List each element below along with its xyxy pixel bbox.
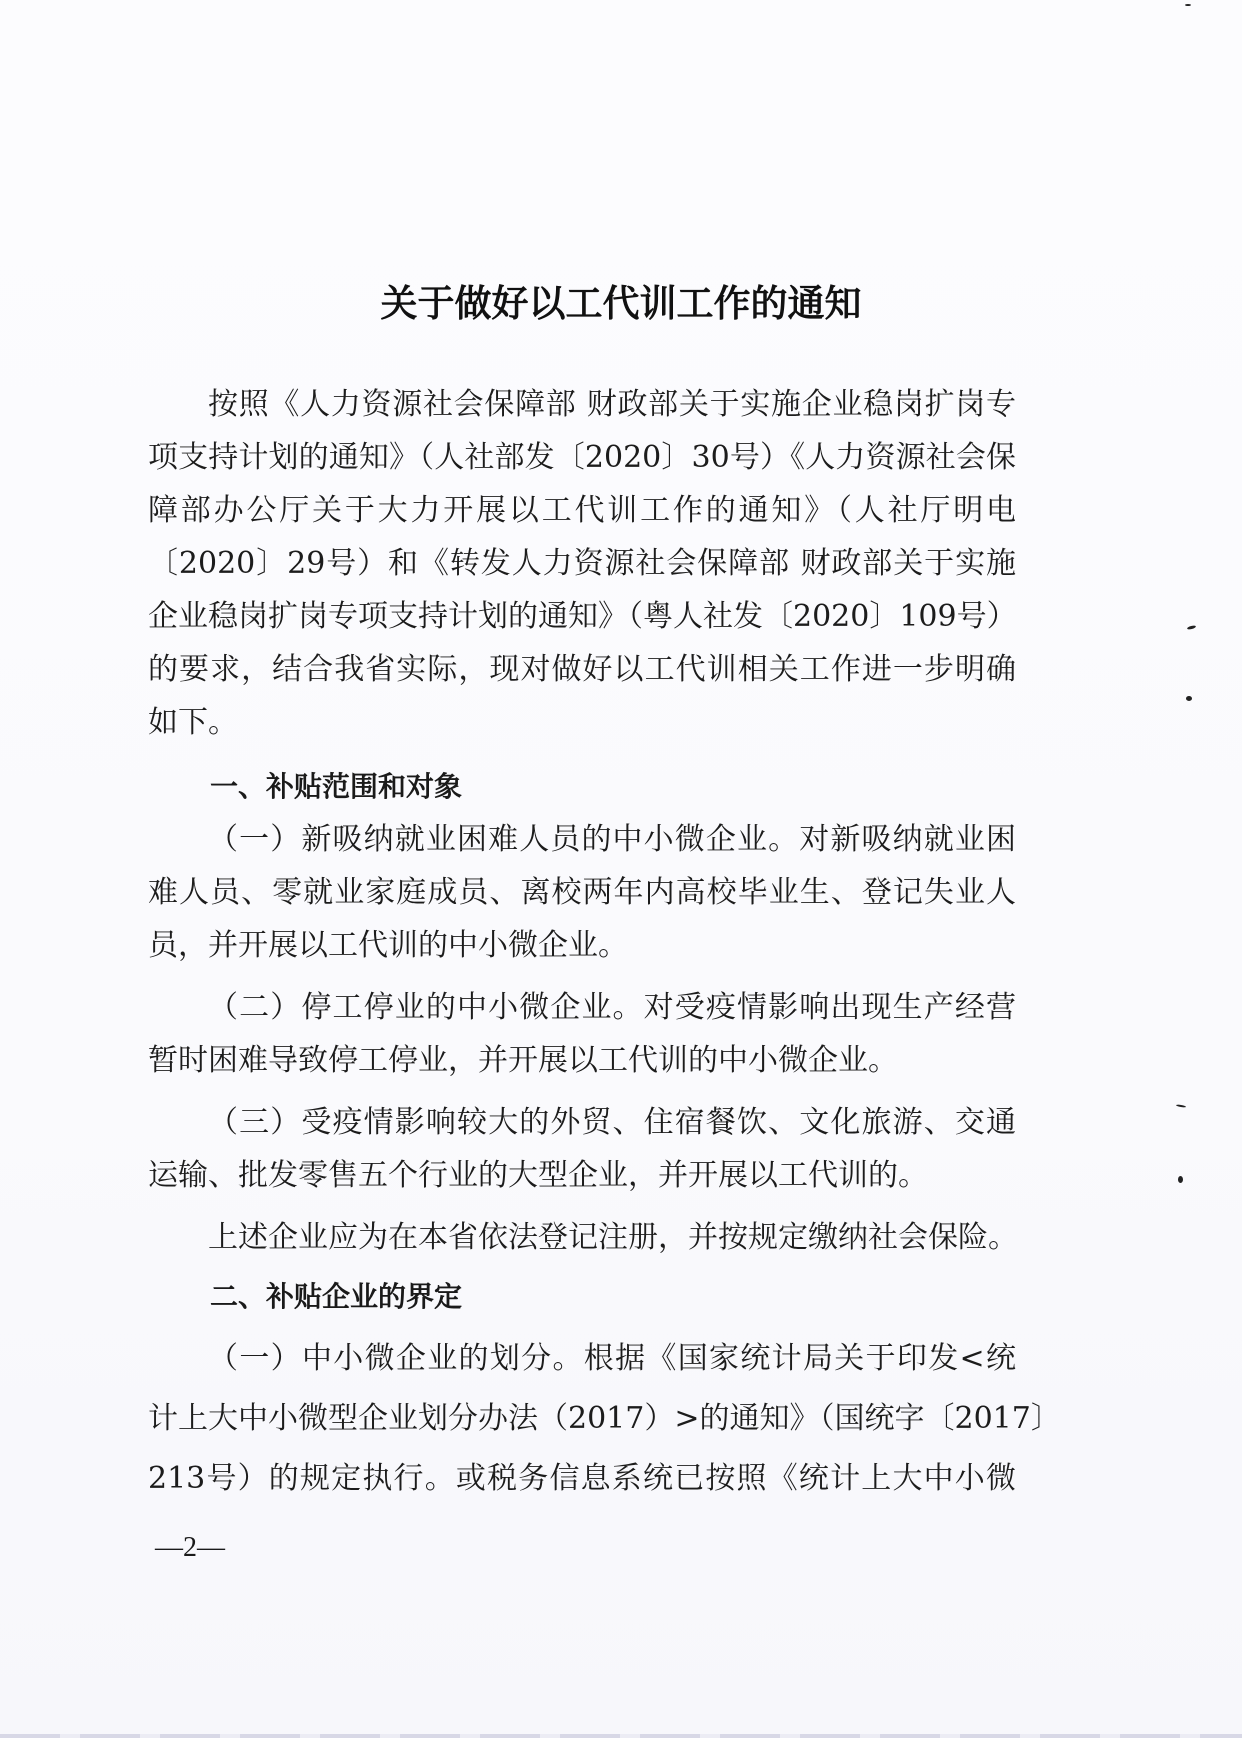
section-1-note: 上述企业应为在本省依法登记注册，并按规定缴纳社会保险。	[208, 1211, 1016, 1264]
section-1-item-1-line-3: 员，并开展以工代训的中小微企业。	[148, 919, 1016, 972]
intro-line-2: 项支持计划的通知》（人社部发〔2020〕30号）《人力资源社会保	[148, 431, 1016, 484]
section-1-item-2-line-2: 暂时困难导致停工停业，并开展以工代训的中小微企业。	[148, 1034, 1016, 1087]
section-1-item-3-line-1: （三）受疫情影响较大的外贸、住宿餐饮、文化旅游、交通	[208, 1096, 1016, 1149]
document-title: 关于做好以工代训工作的通知	[0, 278, 1242, 328]
scan-speck	[1185, 4, 1191, 6]
section-1-item-3-line-2: 运输、批发零售五个行业的大型企业，并开展以工代训的。	[148, 1149, 1016, 1202]
section-1-item-2-line-1: （二）停工停业的中小微企业。对受疫情影响出现生产经营	[208, 981, 1016, 1034]
scan-speck	[1186, 696, 1192, 701]
section-1-item-1-line-1: （一）新吸纳就业困难人员的中小微企业。对新吸纳就业困	[208, 813, 1016, 866]
page-number: —2—	[155, 1528, 225, 1568]
scan-bottom-edge	[0, 1734, 1242, 1738]
intro-line-7: 如下。	[148, 696, 1016, 749]
intro-line-1: 按照《人力资源社会保障部 财政部关于实施企业稳岗扩岗专	[208, 378, 1016, 431]
document-page: 关于做好以工代训工作的通知 按照《人力资源社会保障部 财政部关于实施企业稳岗扩岗…	[0, 0, 1242, 1738]
scan-speck	[1187, 625, 1196, 630]
section-2-item-1-line-1: （一）中小微企业的划分。根据《国家统计局关于印发<统	[208, 1332, 1016, 1385]
intro-line-5: 企业稳岗扩岗专项支持计划的通知》（粤人社发〔2020〕109号）	[148, 590, 1016, 643]
scan-speck	[1178, 1176, 1183, 1183]
intro-line-6: 的要求，结合我省实际，现对做好以工代训相关工作进一步明确	[148, 643, 1016, 696]
section-2-item-1-line-3: 213号）的规定执行。或税务信息系统已按照《统计上大中小微	[148, 1452, 1016, 1505]
intro-line-4: 〔2020〕29号）和《转发人力资源社会保障部 财政部关于实施	[148, 537, 1016, 590]
scan-speck	[1176, 1104, 1186, 1108]
section-1-item-1-line-2: 难人员、零就业家庭成员、离校两年内高校毕业生、登记失业人	[148, 866, 1016, 919]
intro-line-3: 障部办公厅关于大力开展以工代训工作的通知》（人社厅明电	[148, 484, 1016, 537]
section-1-heading: 一、补贴范围和对象	[210, 760, 462, 813]
section-2-item-1-line-2: 计上大中小微型企业划分办法（2017）>的通知》（国统字〔2017〕	[148, 1392, 1016, 1445]
section-2-heading: 二、补贴企业的界定	[210, 1270, 462, 1323]
